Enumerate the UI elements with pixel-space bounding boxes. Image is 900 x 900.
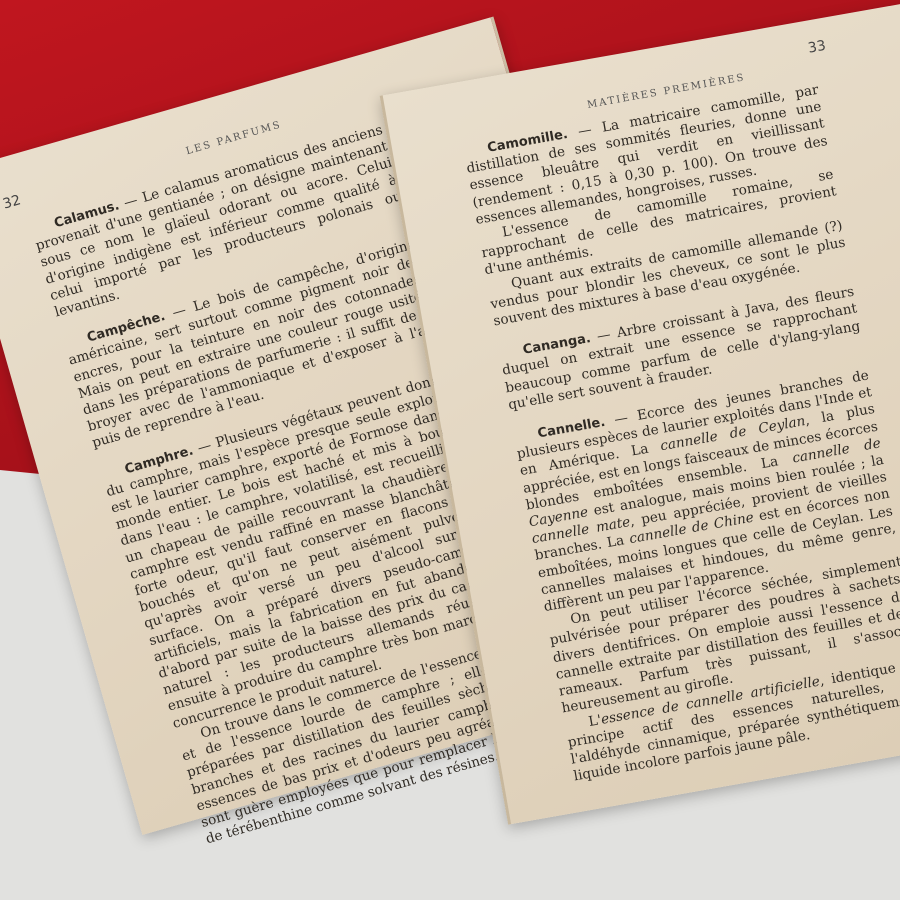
- page-text: Camomille. — La matricaire camomille, pa…: [462, 82, 900, 802]
- page-number: 33: [807, 38, 827, 57]
- open-book: 32 LES PARFUMS Calamus. — Le calamus aro…: [0, 0, 900, 900]
